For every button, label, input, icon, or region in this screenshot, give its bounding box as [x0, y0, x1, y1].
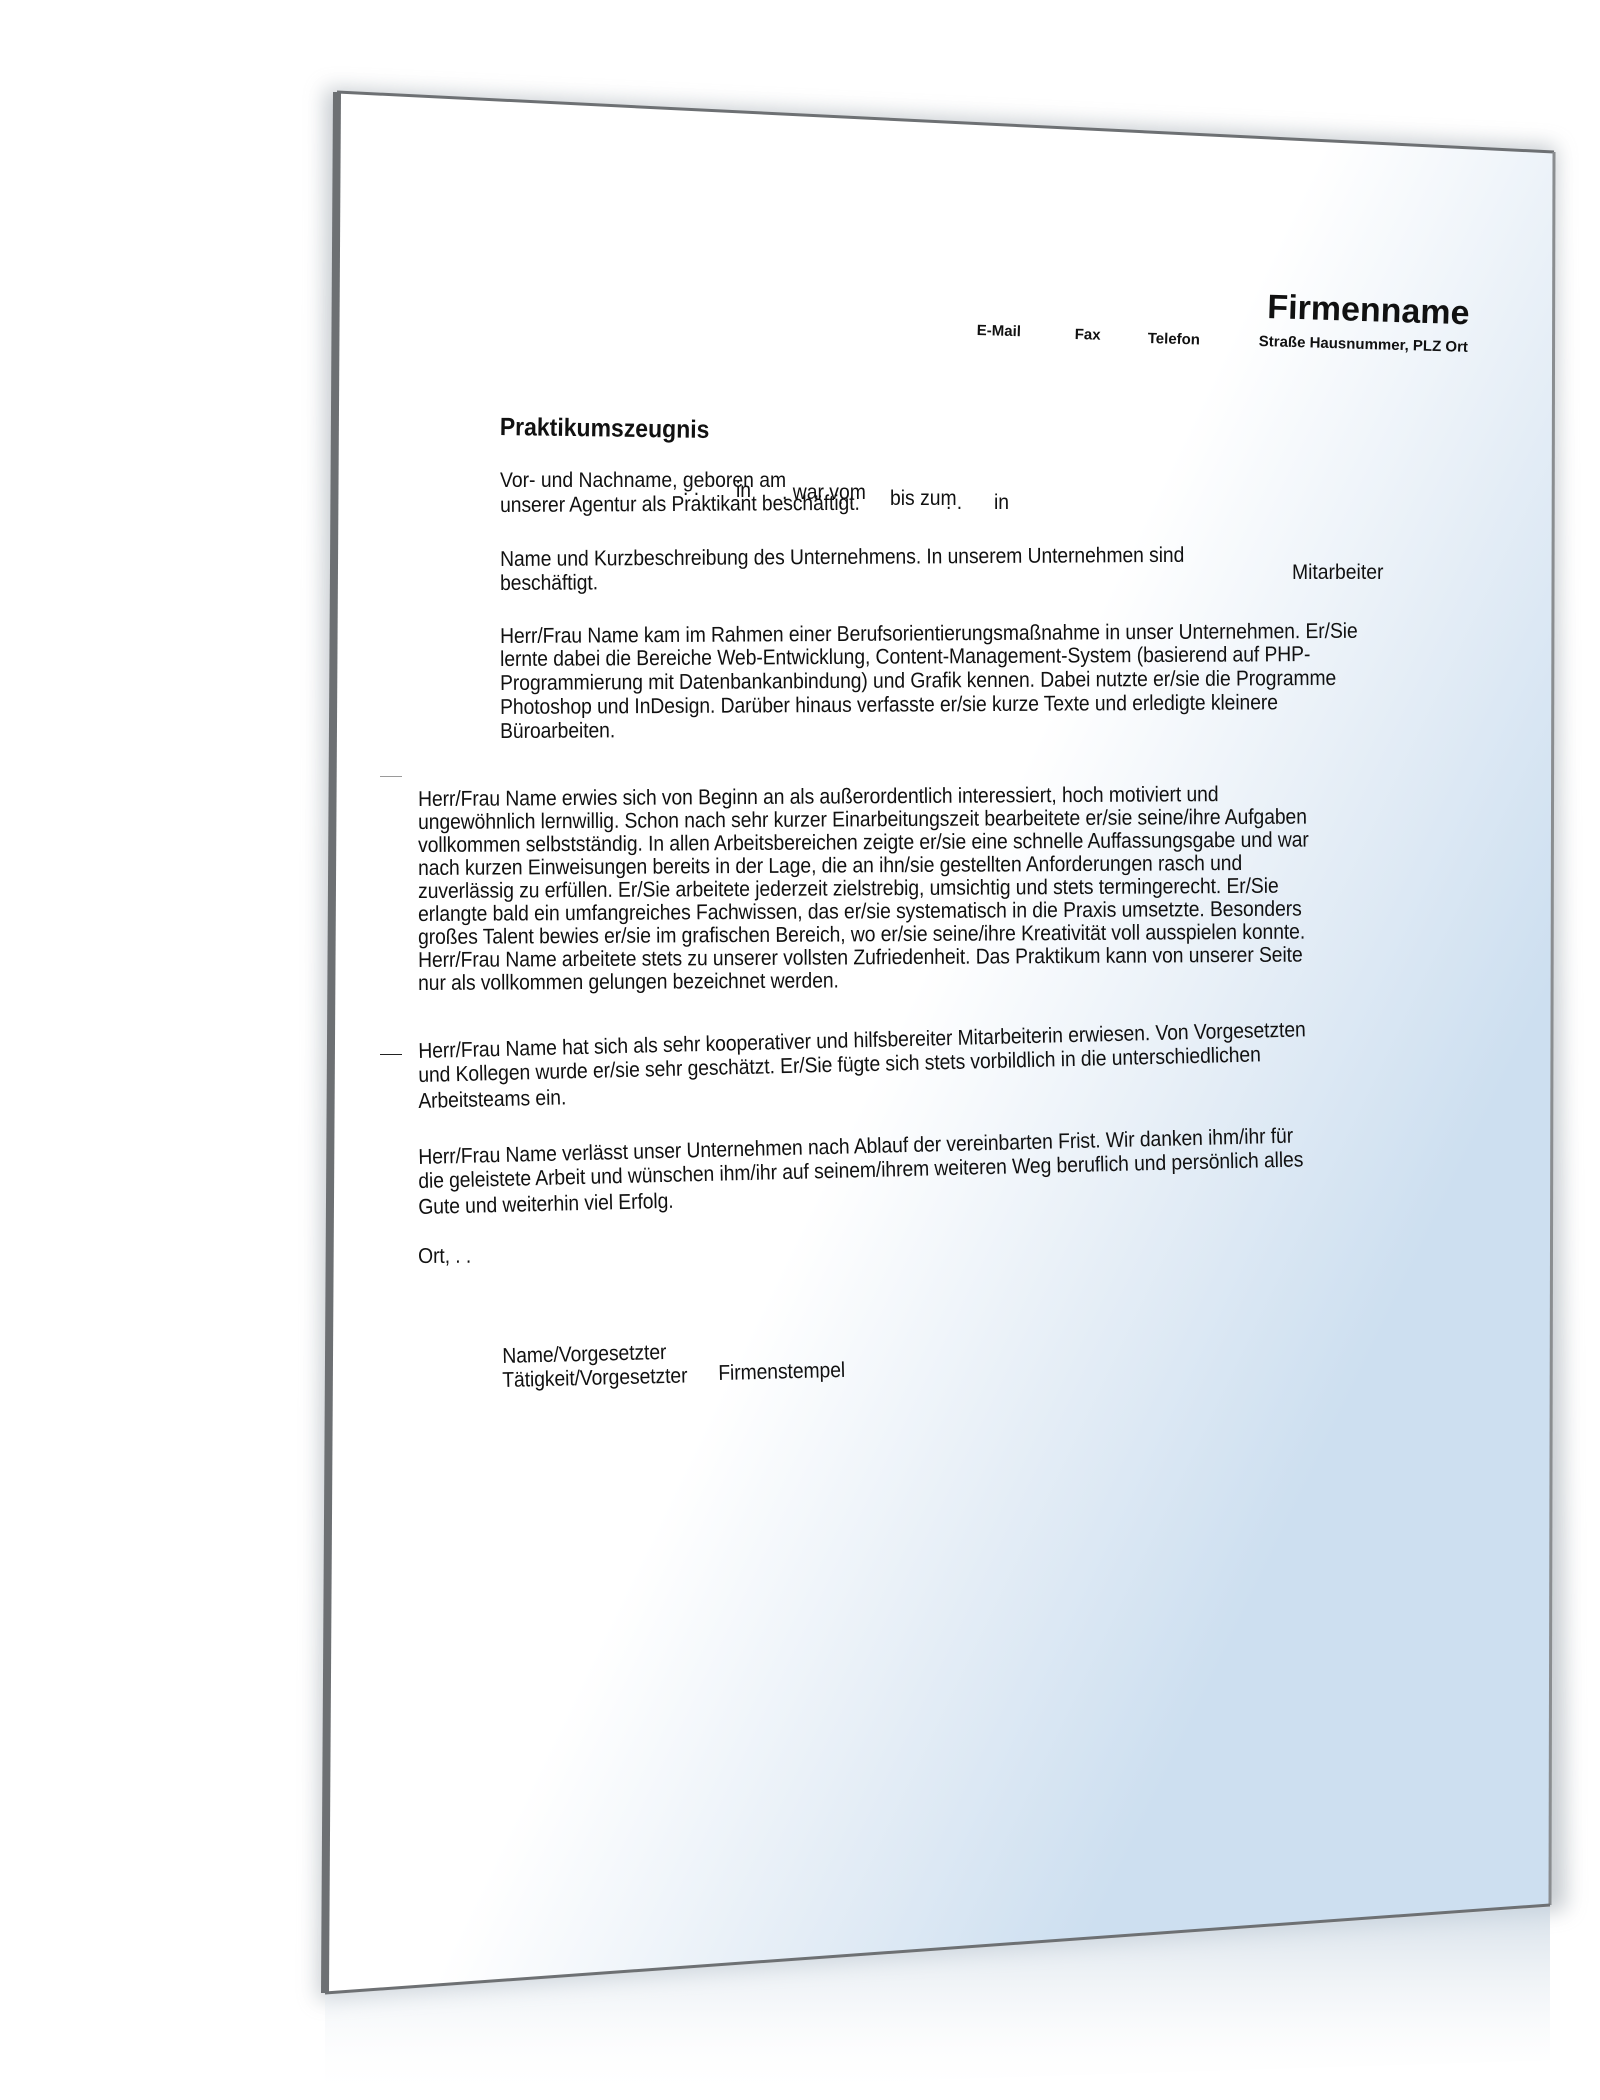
document-title: Praktikumszeugnis	[500, 413, 710, 445]
company-line-2: beschäftigt.	[500, 571, 598, 595]
paragraph-line: Arbeitsteams ein.	[418, 1086, 566, 1113]
phone-label: Telefon	[1148, 330, 1201, 348]
end-date-field[interactable]: . .	[946, 490, 962, 515]
place-date-field[interactable]: Ort, . .	[418, 1245, 471, 1269]
company-stamp-label: Firmenstempel	[718, 1359, 845, 1386]
email-label: E-Mail	[977, 322, 1022, 340]
paragraph-line: Büroarbeiten.	[500, 719, 615, 743]
fold-mark-lower	[380, 1054, 402, 1055]
fax-label: Fax	[1075, 326, 1101, 344]
employees-label: Mitarbeiter	[1292, 560, 1383, 585]
signatory-role: Tätigkeit/Vorgesetzter	[502, 1364, 688, 1392]
intro-text-line-2: unserer Agentur als Praktikant beschäfti…	[500, 492, 860, 518]
fold-mark-upper	[380, 776, 402, 777]
paragraph-line: Photoshop und InDesign. Darüber hinaus v…	[500, 691, 1278, 719]
company-line-1: Name und Kurzbeschreibung des Unternehme…	[500, 544, 1184, 572]
paragraph-line: nur als vollkommen gelungen bezeichnet w…	[418, 969, 839, 995]
location-label: in	[994, 490, 1009, 515]
company-name: Firmenname	[1267, 288, 1470, 333]
